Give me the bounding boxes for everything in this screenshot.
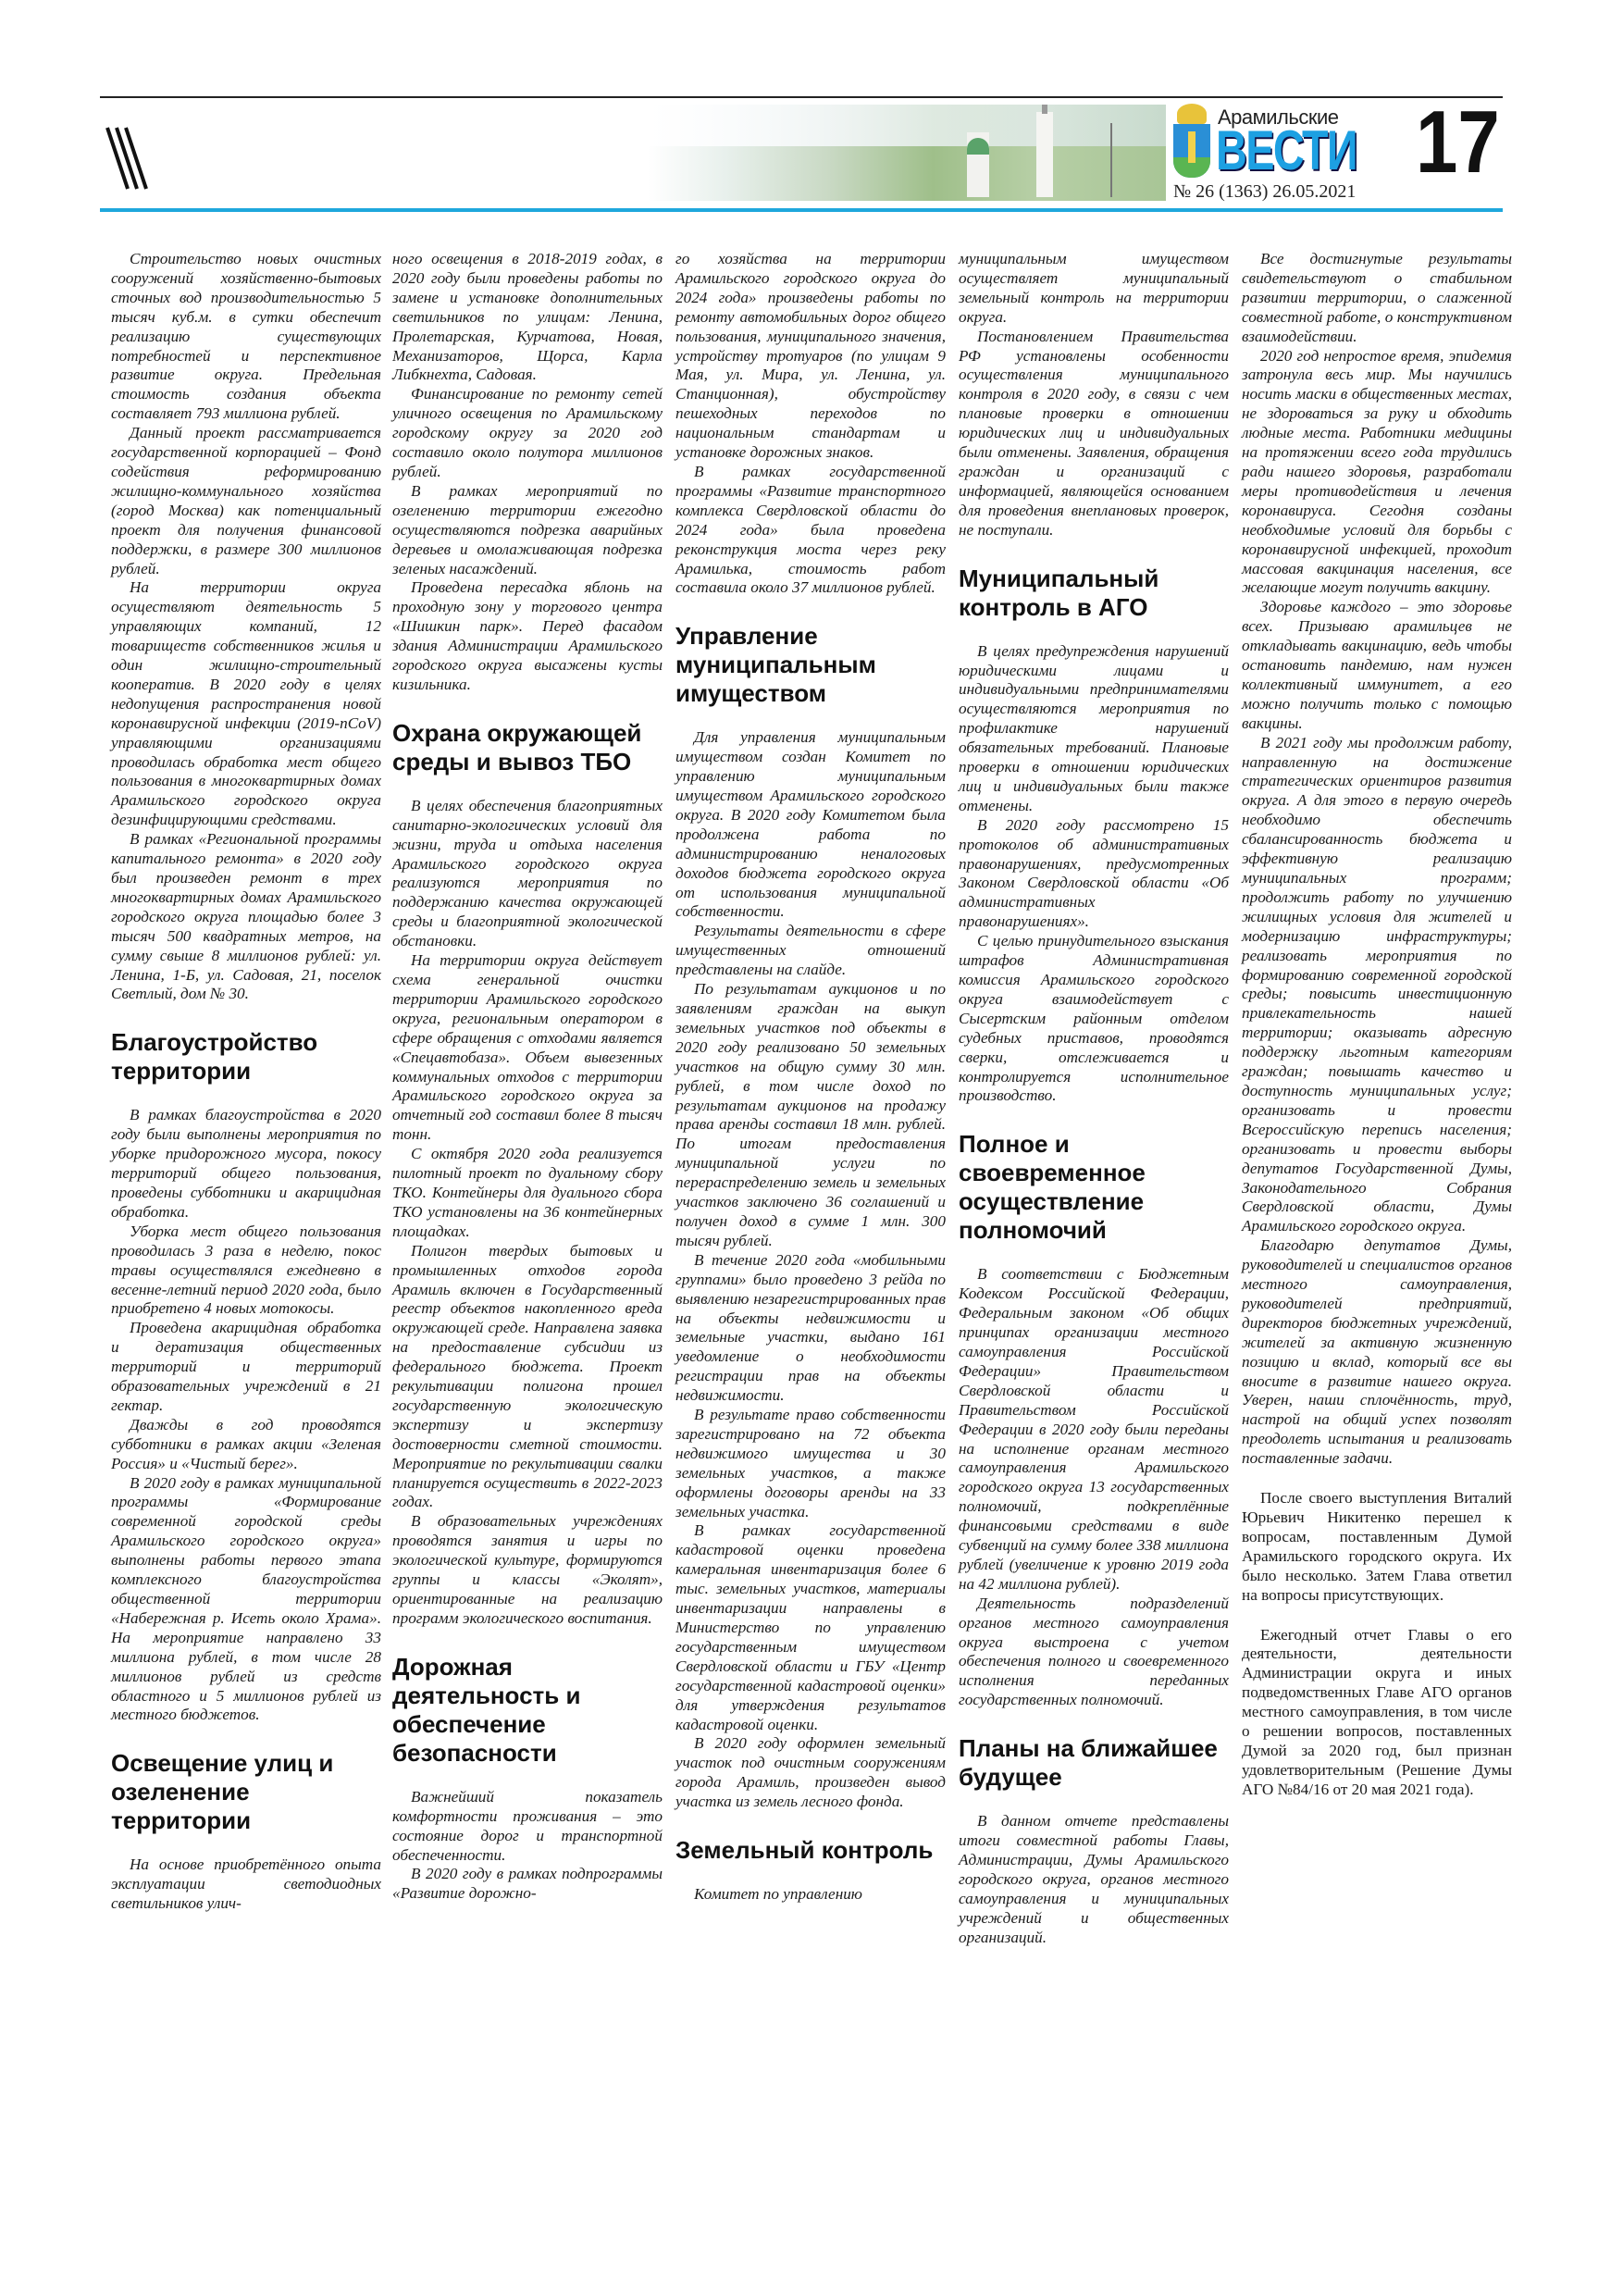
newspaper-name-main: ВЕСТИ: [1216, 120, 1357, 181]
article-paragraph: Здоровье каждого – это здоровье всех. Пр…: [1242, 598, 1512, 733]
section-heading: Благоустройство территории: [111, 1028, 381, 1086]
article-paragraph: Данный проект рассматривается государств…: [111, 424, 381, 578]
article-paragraph: го хозяйства на территории Арамильского …: [675, 250, 946, 463]
article-paragraph: Постановлением Правительства РФ установл…: [959, 328, 1229, 540]
section-heading: Муниципальный контроль в АГО: [959, 565, 1229, 622]
article-paragraph: Уборка мест общего пользования проводила…: [111, 1222, 381, 1320]
article-paragraph: В 2020 году в рамках муниципальной прогр…: [111, 1474, 381, 1726]
section-heading: Планы на ближайшее будущее: [959, 1734, 1229, 1792]
article-paragraph: С целью принудительного взыскания штрафо…: [959, 932, 1229, 1106]
article-paragraph: В 2020 году в рамках подпрограммы «Разви…: [392, 1865, 663, 1904]
article-paragraph: муниципальным имуществом осуществляет му…: [959, 250, 1229, 328]
article-paragraph: После своего выступления Виталий Юрьевич…: [1242, 1489, 1512, 1605]
article-paragraph: Финансирование по ремонту сетей уличного…: [392, 385, 663, 482]
article-paragraph: Дважды в год проводятся субботники в рам…: [111, 1416, 381, 1474]
section-heading: Охрана окружающей среды и вывоз ТБО: [392, 719, 663, 776]
article-paragraph: В целях предупреждения нарушений юридиче…: [959, 642, 1229, 816]
article-paragraph: Полигон твердых бытовых и промышленных о…: [392, 1242, 663, 1513]
header-bottom-rule: [100, 208, 1503, 212]
article-column-2: ного освещения в 2018-2019 годах, в 2020…: [392, 250, 663, 1904]
article-paragraph: На территории округа осуществляют деятел…: [111, 578, 381, 830]
section-heading: Управление муниципальным имуществом: [675, 622, 946, 708]
article-paragraph: На территории округа действует схема ген…: [392, 951, 663, 1145]
article-paragraph: Важнейший показатель комфортности прожив…: [392, 1788, 663, 1866]
newspaper-logo: Арамильские ВЕСТИ № 26 (1363) 26.05.2021: [1173, 104, 1386, 207]
paragraph-spacer: [1242, 1469, 1512, 1489]
coat-of-arms-icon: [1173, 104, 1210, 180]
article-paragraph: В рамках благоустройства в 2020 году был…: [111, 1106, 381, 1222]
article-column-3: го хозяйства на территории Арамильского …: [675, 250, 946, 1905]
article-paragraph: В результате право собственности зарегис…: [675, 1406, 946, 1521]
article-paragraph: ного освещения в 2018-2019 годах, в 2020…: [392, 250, 663, 385]
section-heading: Дорожная деятельность и обеспечение безо…: [392, 1653, 663, 1768]
issue-info: № 26 (1363) 26.05.2021: [1173, 181, 1356, 203]
article-column-1: Строительство новых очистных сооружений …: [111, 250, 381, 1914]
article-paragraph: Комитет по управлению: [675, 1885, 946, 1905]
article-paragraph: В соответствии с Бюджетным Кодексом Росс…: [959, 1265, 1229, 1594]
section-heading: Полное и своевременное осуществление пол…: [959, 1130, 1229, 1245]
article-paragraph: В 2020 году оформлен земельный участок п…: [675, 1734, 946, 1812]
article-paragraph: 2020 год непростое время, эпидемия затро…: [1242, 347, 1512, 599]
article-paragraph: В рамках государственной программы «Разв…: [675, 463, 946, 598]
article-paragraph: В течение 2020 года «мобильными группами…: [675, 1251, 946, 1406]
article-paragraph: С октября 2020 года реализуется пилотный…: [392, 1145, 663, 1242]
paragraph-spacer: [1242, 1606, 1512, 1626]
article-column-4: муниципальным имуществом осуществляет му…: [959, 250, 1229, 1948]
article-paragraph: Благодарю депутатов Думы, руководителей …: [1242, 1236, 1512, 1469]
article-paragraph: В рамках «Региональной программы капитал…: [111, 830, 381, 1004]
article-paragraph: Для управления муниципальным имуществом …: [675, 728, 946, 922]
article-paragraph: В данном отчете представлены итоги совме…: [959, 1812, 1229, 1947]
article-paragraph: Проведена пересадка яблонь на проходную …: [392, 578, 663, 694]
article-paragraph: Деятельность подразделений органов местн…: [959, 1595, 1229, 1710]
article-paragraph: Ежегодный отчет Главы о его деятельности…: [1242, 1626, 1512, 1800]
article-paragraph: В рамках мероприятий по озеленению терри…: [392, 482, 663, 579]
article-column-5: Все достигнутые результаты свидетельству…: [1242, 250, 1512, 1800]
section-heading: Земельный контроль: [675, 1836, 946, 1865]
article-paragraph: В образовательных учреждениях проводятся…: [392, 1512, 663, 1628]
article-paragraph: Все достигнутые результаты свидетельству…: [1242, 250, 1512, 347]
header-photo-church-panorama: [648, 105, 1166, 201]
article-paragraph: На основе приобретённого опыта эксплуата…: [111, 1855, 381, 1914]
article-paragraph: В целях обеспечения благоприятных санита…: [392, 797, 663, 951]
section-slash-icon: [104, 126, 159, 191]
section-heading: Освещение улиц и озеленение территории: [111, 1749, 381, 1835]
article-paragraph: В рамках государственной кадастровой оце…: [675, 1521, 946, 1734]
article-paragraph: В 2021 году мы продолжим работу, направл…: [1242, 734, 1512, 1237]
article-paragraph: Результаты деятельности в сфере имуществ…: [675, 922, 946, 980]
article-paragraph: Строительство новых очистных сооружений …: [111, 250, 381, 424]
article-paragraph: По результатам аукционов и по заявлениям…: [675, 980, 946, 1251]
article-paragraph: Проведена акарицидная обработка и дерати…: [111, 1319, 381, 1416]
header-top-rule: [100, 96, 1503, 98]
article-paragraph: В 2020 году рассмотрено 15 протоколов об…: [959, 816, 1229, 932]
page-number: 17: [1416, 96, 1500, 189]
